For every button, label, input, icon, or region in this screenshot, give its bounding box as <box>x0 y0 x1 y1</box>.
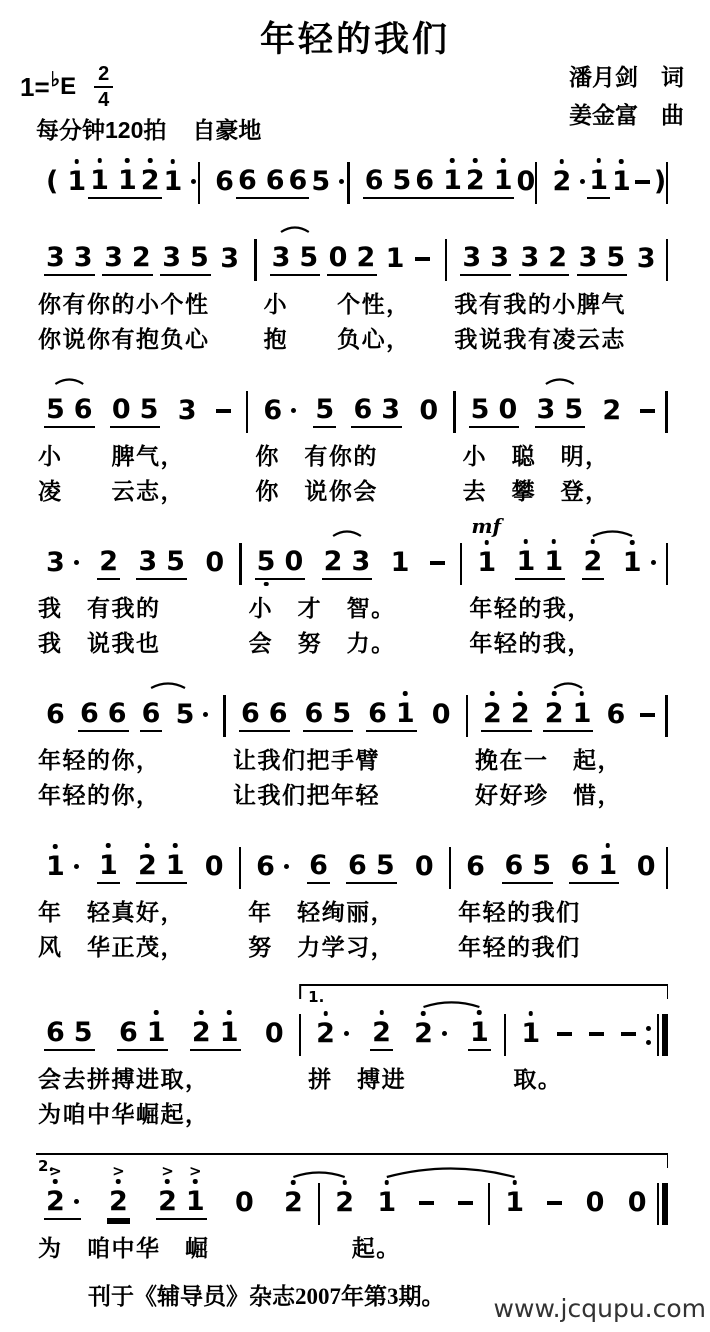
notes-row: (11121 <box>38 161 191 205</box>
beat-group: 2 <box>314 1020 351 1050</box>
note-token: 5 <box>190 244 209 271</box>
measure: 100 <box>495 1182 656 1231</box>
lyric-segment: 年 轻真好， <box>38 895 232 930</box>
lyric-segment: 我 说我也 <box>38 626 232 661</box>
beat-group: 3 <box>218 245 241 275</box>
barline <box>466 695 469 737</box>
lyric-segment: 年轻的你， <box>38 743 216 778</box>
beat-group <box>638 713 657 720</box>
notes-row: 3332353 <box>38 238 247 282</box>
augmentation-dot <box>203 712 208 717</box>
lyric-segment: 年轻的我们 <box>458 895 663 930</box>
lyric-segment: 小 个性， <box>264 287 438 322</box>
note-token: 6 <box>238 167 257 194</box>
beat-group: 6 <box>261 397 298 427</box>
beat-group: 1 <box>375 1189 398 1219</box>
note-token: 2 <box>192 1019 211 1046</box>
beat-group: 6 <box>44 701 67 731</box>
beat-group: 1 <box>389 549 412 579</box>
beat-group: 0 <box>626 1189 649 1219</box>
underline-beat-group: 65 <box>502 852 553 884</box>
measure: 50231小 才 智。会 努 力。 <box>247 542 455 661</box>
note-token: 2 <box>138 852 157 879</box>
barline <box>665 695 668 737</box>
beat-group: 1 <box>503 1189 526 1219</box>
duration-dash <box>430 561 445 565</box>
note-token: 1 <box>99 852 118 879</box>
notes-row: 6561210 <box>357 161 528 205</box>
note-token: 2 <box>552 168 571 195</box>
note-token: 2 <box>414 1020 433 1047</box>
note-token: 1 <box>164 168 183 195</box>
measure: mf11121年轻的我，年轻的我， <box>467 542 665 661</box>
notes-row: 50352 <box>463 390 664 434</box>
augmentation-dot <box>651 560 656 565</box>
beat-group: 3 <box>635 245 658 275</box>
lyric-segment: 拼 搏进 <box>308 1062 497 1097</box>
lyric-segment: 我说我有凌云志 <box>454 322 663 357</box>
lyric-segment: 去 攀 登， <box>463 474 664 509</box>
note-token: 3 <box>74 244 93 271</box>
beat-group: 0 <box>430 701 453 731</box>
underline-beat-group: 50 <box>469 396 520 428</box>
note-token: 3 <box>162 244 181 271</box>
underline-beat-group: 56 <box>44 396 95 428</box>
augmentation-dot <box>284 864 289 869</box>
note-token: 6 <box>74 396 93 423</box>
underline-beat-group: 1 <box>97 852 120 884</box>
beat-group: 5 <box>174 701 211 731</box>
final-barline <box>657 1183 669 1225</box>
beat-group: 2 <box>282 1189 305 1219</box>
lyric-segment: 凌 云志， <box>38 474 239 509</box>
note-token: 5 <box>176 701 195 728</box>
measure: 665610年轻的我们年轻的我们 <box>456 846 665 965</box>
lyric-segment: 小 脾气， <box>38 439 239 474</box>
underline-beat-group: 66 <box>239 700 290 732</box>
key-prefix: 1= <box>20 72 50 103</box>
lyric-segment: 小 聪 明， <box>463 439 664 474</box>
accent-mark: > <box>161 1164 174 1179</box>
augmentation-dot <box>580 179 585 184</box>
underline-beat-group: 35 <box>577 244 628 276</box>
barline <box>318 1183 321 1225</box>
underline-beat-group: 2>1> <box>156 1188 207 1220</box>
lyric-segment: 为 咱中华 崛 <box>38 1231 311 1266</box>
note-token: 1 <box>517 548 536 575</box>
notes-row: 6561210 <box>38 1013 292 1057</box>
underline-beat-group: 33 <box>44 244 95 276</box>
underline-beat-group: 35 <box>270 244 321 276</box>
underline-beat-group: 65 <box>363 167 414 199</box>
note-token: 1 <box>396 700 415 727</box>
music-system: 56053小 脾气，凌 云志，65630你 有你的你 说你会50352小 聪 明… <box>36 390 668 509</box>
measure: 21 起。 <box>325 1182 482 1266</box>
note-token: 3 <box>46 549 65 576</box>
underline-beat-group: 21 <box>543 700 594 732</box>
beat-group: 1 <box>384 245 407 275</box>
note-token: 6 <box>108 700 127 727</box>
underline-beat-group: 2 <box>582 548 605 580</box>
note-token: 5 <box>74 1019 93 1046</box>
note-token: 6 <box>46 701 65 728</box>
credits-block: 潘月剑 词 姜金富 曲 <box>569 58 684 134</box>
measure: 6665610让我们把手臂让我们把年轻 <box>231 694 461 813</box>
underline-beat-group: 6 <box>287 167 310 199</box>
note-token: 1 <box>118 167 137 194</box>
note-token: 1 <box>67 168 86 195</box>
underline-beat-group: 35 <box>535 396 586 428</box>
barline <box>666 847 669 889</box>
underline-beat-group: 32 <box>102 244 153 276</box>
notes-row: 11121 <box>469 542 663 586</box>
time-signature-denominator: 4 <box>98 88 109 111</box>
barline <box>666 239 669 281</box>
notes-row: 65630 <box>255 390 446 434</box>
augmentation-dot <box>442 1031 447 1036</box>
lyric-segment: 会去拼搏进取， <box>38 1062 292 1097</box>
notes-row: 211) <box>544 161 663 205</box>
note-token: 5 <box>606 244 625 271</box>
note-token: 5 <box>564 396 583 423</box>
lyric-segment: 年轻的你， <box>38 778 216 813</box>
note-token: 3 <box>220 245 239 272</box>
note-token: 5 <box>140 396 159 423</box>
time-signature: 2 4 <box>94 63 113 111</box>
watermark: www.jcqupu.com <box>494 1294 706 1323</box>
notes-row: 2>2>2>1>02 <box>38 1182 311 1226</box>
rest-token: 0 <box>205 853 224 880</box>
note-token: 2 <box>584 548 603 575</box>
beat-group: 2 <box>550 168 587 198</box>
underline-beat-group: 35 <box>136 548 187 580</box>
beat-group: 6 <box>254 853 291 883</box>
accent-mark: > <box>112 1164 125 1179</box>
notes-row: 665610 <box>458 846 663 890</box>
barline <box>347 162 350 204</box>
underline-beat-group: 65 <box>346 852 397 884</box>
note-token: 6 <box>365 167 384 194</box>
rest-token: 0 <box>432 701 451 728</box>
note-token: 6 <box>289 167 308 194</box>
barline <box>239 543 242 585</box>
underline-beat-group: 1 <box>587 167 610 199</box>
rest-token: 0 <box>498 396 517 423</box>
beat-group: 2 <box>333 1189 356 1219</box>
notes-row: 66650 <box>248 846 442 890</box>
note-token: 3 <box>579 244 598 271</box>
notes-row: 66665 <box>207 161 340 205</box>
notes-row: 11210 <box>38 846 232 890</box>
underline-beat-group: 2 <box>97 548 120 580</box>
rest-token: 0 <box>586 1189 605 1216</box>
beat-group <box>587 1032 606 1039</box>
lyric-segment: 你 有你的 <box>255 439 446 474</box>
note-token: 6 <box>263 397 282 424</box>
beat-group: 1 <box>162 168 199 198</box>
key-note: E <box>60 73 76 101</box>
music-system: 11210年 轻真好，风 华正茂，66650年 轻绚丽，努 力学习，665610… <box>36 846 668 965</box>
measure: 11210年 轻真好，风 华正茂， <box>36 846 234 965</box>
lyric-segment: 小 才 智。 <box>249 591 453 626</box>
barline <box>460 543 463 585</box>
lyric-segment: 挽在一 起， <box>475 743 663 778</box>
beat-group: 6 <box>213 168 236 198</box>
note-token: 1 <box>598 852 617 879</box>
lyricist-credit: 潘月剑 词 <box>569 58 684 96</box>
note-token: 1 <box>494 167 513 194</box>
beat-group: 0 <box>263 1020 286 1050</box>
underline-beat-group: 22 <box>481 700 532 732</box>
measure: 50352小 聪 明，去 攀 登， <box>461 390 666 509</box>
note-token: 6 <box>256 853 275 880</box>
measure: 6561210会去拼搏进取，为咱中华崛起， <box>36 1013 294 1132</box>
augmentation-dot <box>74 560 79 565</box>
note-token: 5 <box>299 244 318 271</box>
note-token: 6 <box>142 700 161 727</box>
note-token: 6 <box>305 700 324 727</box>
time-signature-numerator: 2 <box>94 63 113 88</box>
note-token: 6 <box>215 168 234 195</box>
underline-beat-group: 11 <box>88 167 139 199</box>
note-token: 2 <box>548 244 567 271</box>
note-token: 2 <box>372 1019 391 1046</box>
barline <box>449 847 452 889</box>
beat-group: 0 <box>203 853 226 883</box>
beat-group <box>619 1032 638 1039</box>
note-token: 3 <box>46 244 65 271</box>
beat-group <box>638 409 657 416</box>
underline-beat-group: 50 <box>255 548 306 580</box>
duration-dash <box>415 257 430 261</box>
underline-beat-group: 65 <box>44 1019 95 1051</box>
notes-row: 21 <box>327 1182 480 1226</box>
underline-beat-group: 2 <box>139 167 162 199</box>
augmentation-dot <box>339 179 344 184</box>
augmentation-dot <box>74 1199 79 1204</box>
lyric-segment: 我 有我的 <box>38 591 232 626</box>
lyric-segment: 年轻的我们 <box>458 930 663 965</box>
underline-beat-group: 1 <box>468 1019 491 1051</box>
note-token: 1 <box>391 549 410 576</box>
beat-group <box>545 1201 564 1208</box>
measure: 66665 <box>205 161 342 205</box>
song-title: 年轻的我们 <box>0 0 710 62</box>
rest-token: 0 <box>415 853 434 880</box>
note-token: 2> <box>109 1188 128 1215</box>
lyric-segment: 我有我的小脾气 <box>454 287 663 322</box>
composer-credit: 姜金富 曲 <box>569 96 684 134</box>
note-token: 1 <box>589 167 608 194</box>
note-token: 1 <box>623 549 642 576</box>
note-token: 1 <box>147 1019 166 1046</box>
note-token: 6 <box>269 700 288 727</box>
note-token: 1 <box>573 700 592 727</box>
underline-beat-group: 2> <box>44 1188 81 1220</box>
lyric-segment: 抱 负心， <box>264 322 438 357</box>
note-token: 1 <box>477 549 496 576</box>
note-token: 6 <box>504 852 523 879</box>
note-token: 3 <box>351 548 370 575</box>
measure: 56053小 脾气，凌 云志， <box>36 390 241 509</box>
underline-beat-group: 6 <box>307 852 330 884</box>
note-token: 2 <box>316 1020 335 1047</box>
note-token: 2 <box>141 167 160 194</box>
notes-row: 6665610 <box>233 694 459 738</box>
beat-group: 1 <box>519 1020 542 1050</box>
note-token: 3 <box>490 244 509 271</box>
note-token: 1 <box>386 245 405 272</box>
note-token: 1 <box>46 853 65 880</box>
lyric-segment: 你 说你会 <box>255 474 446 509</box>
note-token: 2 <box>284 1189 303 1216</box>
augmentation-dot <box>74 864 79 869</box>
note-token: 6 <box>309 852 328 879</box>
note-token: 1 <box>443 167 462 194</box>
note-token: 2> <box>158 1188 177 1215</box>
dynamic-marking: mf <box>471 514 501 538</box>
note-token: 6 <box>348 852 367 879</box>
note-token: 6 <box>368 700 387 727</box>
beat-group: 3 <box>44 549 81 579</box>
note-token: 6 <box>119 1019 138 1046</box>
rest-token: 0 <box>419 397 438 424</box>
rest-token: 0 <box>628 1189 647 1216</box>
measure: 211) <box>542 161 665 205</box>
beat-group: 0 <box>584 1189 607 1219</box>
note-token: 3 <box>178 397 197 424</box>
note-token: 5 <box>311 168 330 195</box>
underline-beat-group: 61 <box>366 700 417 732</box>
lyric-segment: 你有你的小个性 <box>38 287 247 322</box>
measure: 66665年轻的你，年轻的你， <box>36 694 218 813</box>
music-system: (11121666656561210211) <box>36 161 668 205</box>
underline-beat-group: 6 <box>140 700 163 732</box>
measure: 1取。 <box>511 1013 645 1097</box>
measure: 3332353我有我的小脾气我说我有凌云志 <box>452 238 665 357</box>
beat-group: ) <box>652 168 668 198</box>
lyric-segment: 让我们把手臂 <box>233 743 459 778</box>
note-token: 3 <box>381 396 400 423</box>
rest-token: 0 <box>205 549 224 576</box>
note-token: 2 <box>99 548 118 575</box>
note-token: 6 <box>241 700 260 727</box>
rest-token: 0 <box>516 168 535 195</box>
publication-note: 刊于《辅导员》杂志2007年第3期。 <box>88 1278 445 1311</box>
note-token: 3 <box>537 396 556 423</box>
note-token: 6 <box>46 1019 65 1046</box>
underline-beat-group: 5 <box>313 396 336 428</box>
duration-dash <box>640 713 655 717</box>
notes-row: 50231 <box>249 542 453 586</box>
note-token: 2 <box>324 548 343 575</box>
beat-group: 0 <box>413 853 436 883</box>
rest-token: 0 <box>265 1020 284 1047</box>
underline-beat-group: 02 <box>327 244 378 276</box>
barline <box>254 239 257 281</box>
barline <box>665 391 668 433</box>
note-token: 3 <box>272 244 291 271</box>
lyric-segment: 会 努 力。 <box>249 626 453 661</box>
notes-row: 3332353 <box>454 238 663 282</box>
music-system: 32350我 有我的我 说我也50231小 才 智。会 努 力。mf11121年… <box>36 542 668 661</box>
duration-dash <box>589 1032 604 1036</box>
note-token: 1> <box>186 1188 205 1215</box>
barline <box>299 1014 302 1056</box>
note-token: 5 <box>332 700 351 727</box>
lyric-segment: 让我们把年轻 <box>233 778 459 813</box>
measure: 65630你 有你的你 说你会 <box>253 390 448 509</box>
note-token: 5 <box>166 548 185 575</box>
notes-row: 100 <box>497 1182 654 1226</box>
note-token: 2 <box>511 700 530 727</box>
measure: 6561210 <box>355 161 530 205</box>
lyric-segment: 起。 <box>327 1231 480 1266</box>
barline <box>453 391 456 433</box>
beat-group: 2 <box>412 1020 449 1050</box>
beat-group: (1 <box>44 168 88 198</box>
note-token: 6 <box>607 701 626 728</box>
note-token: 2 <box>466 167 485 194</box>
note-token: 1 <box>166 852 185 879</box>
lyric-segment: 努 力学习， <box>248 930 442 965</box>
measure: 3332353你有你的小个性你说你有抱负心 <box>36 238 249 357</box>
note-token: 1 <box>90 167 109 194</box>
beat-group <box>417 1201 436 1208</box>
beat-group: 0 <box>514 168 537 198</box>
parenthesis: ( <box>46 168 58 195</box>
underline-beat-group: 33 <box>460 244 511 276</box>
beat-group <box>456 1201 475 1208</box>
underline-beat-group: 21 <box>136 852 187 884</box>
note-token: 1 <box>220 1019 239 1046</box>
duration-dash <box>621 1032 636 1036</box>
notes-row: 22216 <box>475 694 663 738</box>
underline-beat-group: 2> <box>107 1188 130 1220</box>
underline-beat-group: 05 <box>110 396 161 428</box>
measure: 2>2>2>1>02为 咱中华 崛 <box>36 1182 313 1266</box>
note-token: 2> <box>46 1188 65 1215</box>
underline-beat-group: 63 <box>351 396 402 428</box>
note-token: 6 <box>466 853 485 880</box>
barline <box>445 239 448 281</box>
duration-dash <box>216 409 231 413</box>
beat-group: 1 <box>610 168 633 198</box>
duration-dash <box>419 1201 434 1205</box>
beat-group <box>214 409 233 416</box>
underline-beat-group: 21 <box>464 167 515 199</box>
music-system: 3332353你有你的小个性你说你有抱负心35021小 个性，抱 负心，3332… <box>36 238 668 357</box>
note-token: 6 <box>415 167 434 194</box>
note-token: 3 <box>521 244 540 271</box>
underline-beat-group: 61 <box>117 1019 168 1051</box>
beat-group: 0 <box>635 853 658 883</box>
note-token: 1 <box>521 1020 540 1047</box>
note-token: 5 <box>257 548 276 575</box>
music-systems: (11121666656561210211)3332353你有你的小个性你说你有… <box>36 161 668 1266</box>
beat-group: 3 <box>176 397 199 427</box>
lyric-segment: 取。 <box>513 1062 643 1097</box>
music-system: 2>2>2>1>02为 咱中华 崛21 起。100 <box>36 1182 668 1266</box>
repeat-end-barline <box>646 1014 669 1056</box>
beat-group: 6 <box>605 701 628 731</box>
note-token: 1 <box>470 1019 489 1046</box>
duration-dash <box>458 1201 473 1205</box>
note-token: 2 <box>132 244 151 271</box>
measure: 2221拼 搏进 <box>306 1013 499 1097</box>
augmentation-dot <box>191 179 196 184</box>
note-token: 3 <box>637 245 656 272</box>
